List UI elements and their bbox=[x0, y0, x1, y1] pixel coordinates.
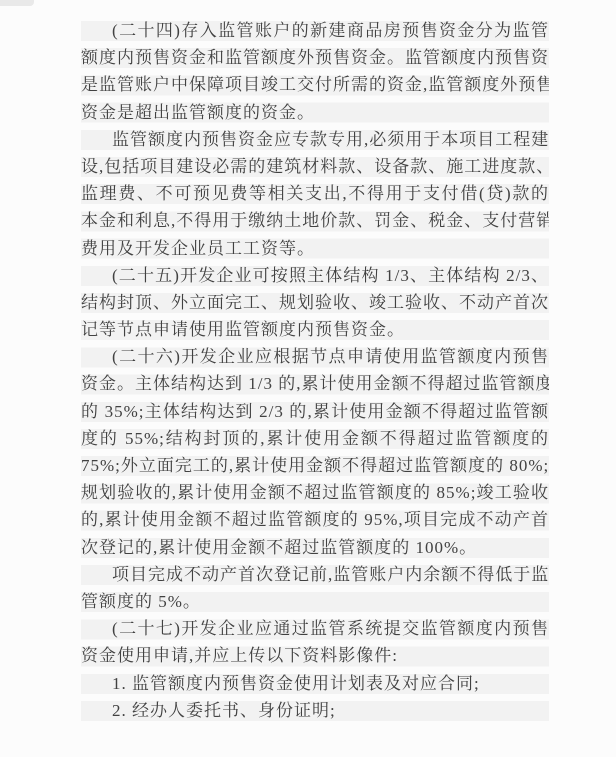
text-line: 额度内预售资金和监管额度外预售资金。监管额度内预售资金 bbox=[81, 44, 549, 71]
scan-corner-artifact bbox=[0, 0, 34, 6]
text-line: 费用及开发企业员工工资等。 bbox=[81, 235, 549, 262]
text-line: 资金是超出监管额度的资金。 bbox=[81, 99, 549, 126]
text-line: 75%;外立面完工的,累计使用金额不得超过监管额度的 80%; bbox=[81, 452, 549, 479]
text-line: 监管额度内预售资金应专款专用,必须用于本项目工程建 bbox=[81, 126, 549, 153]
text-line: 资金。主体结构达到 1/3 的,累计使用金额不得超过监管额度 bbox=[81, 370, 549, 397]
text-line: 资金使用申请,并应上传以下资料影像件: bbox=[81, 642, 549, 669]
text-line: 结构封顶、外立面完工、规划验收、竣工验收、不动产首次登 bbox=[81, 289, 549, 316]
text-line: 记等节点申请使用监管额度内预售资金。 bbox=[81, 316, 549, 343]
text-line: 是监管账户中保障项目竣工交付所需的资金,监管额度外预售 bbox=[81, 71, 549, 98]
text-line: 的,累计使用金额不超过监管额度的 95%,项目完成不动产首 bbox=[81, 506, 549, 533]
text-line: 度的 55%;结构封顶的,累计使用金额不得超过监管额度的 bbox=[81, 425, 549, 452]
text-line: 次登记的,累计使用金额不超过监管额度的 100%。 bbox=[81, 534, 549, 561]
text-line: 1. 监管额度内预售资金使用计划表及对应合同; bbox=[81, 670, 549, 697]
text-line: 设,包括项目建设必需的建筑材料款、设备款、施工进度款、 bbox=[81, 153, 549, 180]
text-line: (二十五)开发企业可按照主体结构 1/3、主体结构 2/3、 bbox=[81, 262, 549, 289]
document-body: (二十四)存入监管账户的新建商品房预售资金分为监管 额度内预售资金和监管额度外预… bbox=[81, 17, 549, 724]
text-line: 管额度的 5%。 bbox=[81, 588, 549, 615]
text-line: 的 35%;主体结构达到 2/3 的,累计使用金额不得超过监管额 bbox=[81, 398, 549, 425]
text-line: 2. 经办人委托书、身份证明; bbox=[81, 697, 549, 724]
text-line: 监理费、不可预见费等相关支出,不得用于支付借(贷)款的 bbox=[81, 180, 549, 207]
text-line: (二十六)开发企业应根据节点申请使用监管额度内预售 bbox=[81, 343, 549, 370]
text-line: 规划验收的,累计使用金额不超过监管额度的 85%;竣工验收 bbox=[81, 479, 549, 506]
document-page: (二十四)存入监管账户的新建商品房预售资金分为监管 额度内预售资金和监管额度外预… bbox=[0, 0, 616, 757]
text-line: (二十七)开发企业应通过监管系统提交监管额度内预售 bbox=[81, 615, 549, 642]
text-line: 本金和利息,不得用于缴纳土地价款、罚金、税金、支付营销 bbox=[81, 207, 549, 234]
text-line: (二十四)存入监管账户的新建商品房预售资金分为监管 bbox=[81, 17, 549, 44]
text-line: 项目完成不动产首次登记前,监管账户内余额不得低于监 bbox=[81, 561, 549, 588]
